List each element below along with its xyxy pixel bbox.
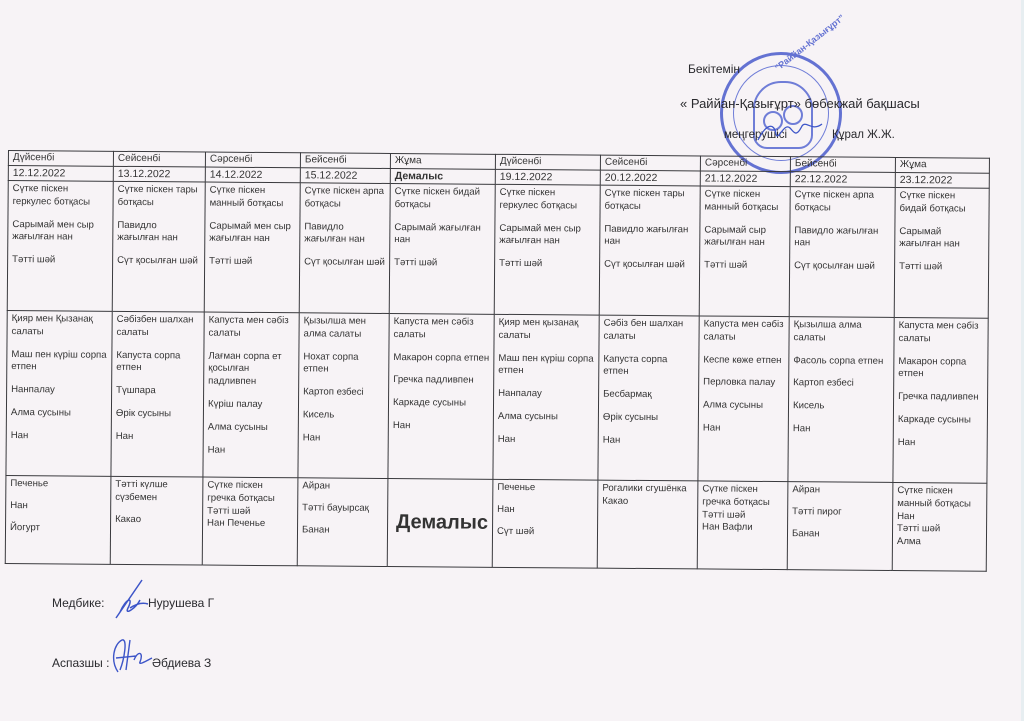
date-cell: 23.12.2022 [895,172,989,188]
menu-item: Капуста сорпа етпен [116,349,199,376]
menu-item: Банан [792,528,888,542]
menu-item: Перловка палау [703,377,784,391]
lunch-cell: Капуста мен сәбіз салатыМакарон сорпа ет… [893,317,988,483]
menu-item: Капуста мен сәбіз салаты [703,318,784,345]
breakfast-cell: Сүтке піскен манный ботқасыСарымай сыр ж… [699,186,790,317]
menu-item: Сүтке піскен арпа ботқасы [305,185,386,212]
breakfast-cell: Сүтке піскен бидай ботқасыСарымай жағылғ… [894,187,989,318]
menu-item: Банан [302,524,383,538]
menu-item: Нан [393,420,489,434]
menu-item: Сүт қосылған шәй [794,261,890,275]
menu-item: Нан [898,437,983,451]
lunch-cell: Капуста мен сәбіз салатыЛағман сорпа ет … [203,312,299,478]
menu-item: Нан [11,430,107,444]
menu-item: Капуста мен сәбіз салаты [394,316,490,343]
lunch-cell: Сәбіз бен шалхан салатыКапуста сорпа етп… [598,315,699,481]
menu-item: Сәбіз бен шалхан салаты [604,317,695,344]
menu-item: Нан [208,445,294,459]
menu-item: Макарон сорпа етпен [898,356,983,383]
menu-item: Каркаде сусыны [393,397,489,411]
menu-item: Сүтке піскен бидай ботқасы [900,190,985,217]
lunch-cell: Капуста мен сәбіз салатыМакарон сорпа ет… [388,313,494,479]
menu-item: Өрік сусыны [116,408,199,422]
lunch-cell: Қияр мен қызанақ салатыМаш пен күріш сор… [493,314,599,480]
menu-item: Алма [897,536,982,550]
menu-item: Нан [497,503,593,517]
lunch-cell: Қияр мен Қызанақ салатыМаш пен күріш сор… [6,310,112,476]
snack-cell: Сүтке піскен манный ботқасыНанТәтті шәйА… [892,482,987,571]
menu-item: Сүтке піскен манный ботқасы [210,184,296,211]
date-cell: 21.12.2022 [700,170,790,186]
menu-item: Павидло жағылған нан [117,219,200,246]
menu-item: Түшпара [116,385,199,399]
menu-item: Фасоль сорпа етпен [793,355,889,369]
holiday-cell: Демалыс [387,478,493,567]
menu-item: Тәтті күлше сүзбемен [115,479,198,506]
date-cell: 19.12.2022 [495,169,600,185]
lunch-cell: Капуста мен сәбіз салатыКеспе көже етпен… [698,316,789,482]
menu-item: Кисель [303,410,384,424]
menu-item: Айран [302,480,383,494]
cook-signature-icon [108,636,154,676]
menu-item: Тәтті бауырсақ [302,502,383,516]
date-cell: 20.12.2022 [600,170,700,186]
menu-item: Сарымай жағылған нан [394,222,490,249]
menu-item: Маш пен күріш сорпа етпен [11,349,107,376]
weekly-menu-table: ДүйсенбіСейсенбіСәрсенбіБейсенбіЖұмаДүйс… [5,150,990,571]
menu-item: Какао [602,495,693,509]
menu-item: Нан [603,435,694,449]
menu-item: Рогалики сгушёнка [602,482,693,496]
menu-item: Тәтті шәй [702,509,783,523]
menu-item: Нан [116,431,199,445]
menu-item: Павидло жағылған нан [304,221,385,248]
menu-item: Сарымай жағылған нан [899,226,984,253]
breakfast-cell: Сүтке піскен бидай ботқасыСарымай жағылғ… [389,183,495,314]
lunch-cell: Қызылша алма салатыФасоль сорпа етпенКар… [788,316,894,482]
organization-name: « Раййан-Қазығұрт» бөбекжай бақшасы [680,96,920,111]
menu-item: Сарымай мен сыр жағылған нан [12,219,108,246]
menu-item: Нан Печенье [207,518,293,532]
menu-item: Сүтке піскен манный ботқасы [897,485,982,512]
menu-item: Йогурт [10,522,106,536]
snack-row: ПеченьеНанЙогуртТәтті күлше сүзбеменКака… [5,475,987,571]
menu-item: Тәтті шәй [12,254,108,268]
menu-item: Сүт қосылған шәй [117,255,200,269]
menu-item: Сарымай сыр жағылған нан [704,224,785,251]
day-name-cell: Сейсенбі [113,151,205,166]
cook-label: Аспазшы : [52,656,109,670]
menu-item: Алма сусыны [208,422,294,436]
menu-item: Тәтті шәй [209,256,295,270]
day-name-cell: Жұма [390,154,495,169]
stamp-text: "Раййан-Қазығұрт" [773,13,846,73]
scanned-menu-page: "Раййан-Қазығұрт" Бекітемін « Раййан-Қаз… [0,0,1024,721]
menu-item: Сүтке піскен бидай ботқасы [395,186,491,213]
nurse-name: Нурушева Г [148,596,214,610]
menu-item: Сарымай мен сыр жағылған нан [499,222,595,249]
menu-item: Нан [498,434,594,448]
menu-item: Қияр мен Қызанақ салаты [12,313,108,340]
menu-item: Тәтті шәй [899,261,984,275]
menu-item: Сүтке піскен гречка ботқасы [702,483,783,510]
menu-item: Сүтке піскен арпа ботқасы [795,189,891,216]
menu-item: Нан [303,433,384,447]
menu-item: Кеспе көже етпен [703,354,784,368]
date-cell: 15.12.2022 [300,167,390,183]
menu-item: Капуста сорпа етпен [603,353,694,380]
head-name: Құрал Ж.Ж. [832,129,895,141]
day-name-cell: Дүйсенбі [495,154,600,169]
menu-item: Макарон сорпа етпен [393,352,489,366]
menu-item: Нан [793,424,889,438]
menu-item: Нанпалау [498,388,594,402]
menu-item: Тәтті шәй [207,505,293,519]
nurse-label: Медбике: [52,596,105,610]
breakfast-cell: Сүтке піскен манный ботқасыСарымай мен с… [204,182,300,313]
menu-item: Тәтті шәй [499,258,595,272]
day-name-cell: Сейсенбі [600,155,700,170]
lunch-cell: Қызылша мен алма салатыНохат сорпа етпен… [298,312,389,478]
cook-name: Әбдиева З [152,656,211,670]
menu-item: Бесбармақ [603,389,694,403]
menu-item: Сүтке піскен геркулес ботқасы [500,187,596,214]
menu-item: Павидло жағылған нан [604,223,695,250]
menu-item: Капуста мен сәбіз салаты [898,320,983,347]
menu-item: Сүтке піскен тары ботқасы [118,184,201,211]
breakfast-cell: Сүтке піскен арпа ботқасыПавидло жағылға… [789,186,895,317]
menu-item: Печенье [497,482,593,496]
snack-cell: АйранТәтті бауырсақБанан [297,477,388,566]
menu-item: Өрік сусыны [603,412,694,426]
menu-item: Лағман сорпа ет қосылған падливпен [208,350,294,389]
snack-cell: Рогалики сгушёнкаКакао [597,480,698,569]
day-name-cell: Сәрсенбі [700,156,790,171]
date-cell: 22.12.2022 [790,171,895,187]
menu-item: Сүтке піскен геркулес ботқасы [13,183,109,210]
menu-item: Картоп езбесі [793,378,889,392]
menu-item: Павидло жағылған нан [794,225,890,252]
holiday-label: Демалыс [390,168,495,184]
menu-item: Сарымай мен сыр жағылған нан [209,220,295,247]
menu-item: Маш пен күріш сорпа етпен [498,352,594,379]
breakfast-cell: Сүтке піскен геркулес ботқасыСарымай мен… [494,184,600,315]
breakfast-cell: Сүтке піскен тары ботқасыПавидло жағылға… [599,185,700,316]
menu-item: Тәтті шәй [897,523,982,537]
menu-item: Сәбізбен шалхан салаты [117,314,200,341]
menu-item: Қызылша алма салаты [793,319,889,346]
approval-block: "Раййан-Қазығұрт" Бекітемін « Раййан-Қаз… [0,0,1024,150]
lunch-row: Қияр мен Қызанақ салатыМаш пен күріш сор… [6,310,988,483]
snack-cell: Сүтке піскен гречка ботқасыТәтті шәйНан … [202,477,298,566]
snack-cell: ПеченьеНанСүт шәй [492,479,598,568]
menu-item: Тәтті пирог [792,506,888,520]
nurse-signature-icon [112,578,152,622]
menu-item: Күріш палау [208,399,294,413]
breakfast-cell: Сүтке піскен тары ботқасыПавидло жағылға… [112,181,205,312]
menu-item: Нан [10,500,106,514]
menu-item: Алма сусыны [703,400,784,414]
day-name-cell: Сәрсенбі [205,152,300,167]
menu-item: Нан Вафли [702,522,783,536]
menu-item: Гречка падливпен [393,375,489,389]
menu-item: Печенье [10,478,106,492]
menu-item: Гречка падливпен [898,391,983,405]
menu-item: Алма сусыны [11,407,107,421]
menu-item: Нанпалау [11,384,107,398]
breakfast-cell: Сүтке піскен арпа ботқасыПавидло жағылға… [299,182,390,313]
snack-cell: АйранТәтті пирогБанан [787,481,893,570]
day-name-cell: Бейсенбі [300,153,390,168]
date-cell: 14.12.2022 [205,167,300,183]
menu-item: Нан [703,423,784,437]
snack-cell: Тәтті күлше сүзбеменКакао [110,476,203,565]
menu-item: Сүтке піскен гречка ботқасы [207,479,293,506]
menu-item: Алма сусыны [498,411,594,425]
lunch-cell: Сәбізбен шалхан салатыКапуста сорпа етпе… [111,311,204,477]
breakfast-row: Сүтке піскен геркулес ботқасыСарымай мен… [7,180,989,318]
menu-item: Какао [115,513,198,527]
date-cell: 13.12.2022 [113,166,205,182]
menu-item: Капуста мен сәбіз салаты [209,314,295,341]
menu-item: Сүтке піскен манный ботқасы [705,188,786,215]
day-name-cell: Дүйсенбі [8,151,113,166]
menu-item: Каркаде сусыны [898,414,983,428]
menu-item: Айран [792,484,888,498]
menu-item: Қызылша мен алма салаты [304,315,385,342]
menu-item: Тәтті шәй [394,257,490,271]
snack-cell: Сүтке піскен гречка ботқасыТәтті шәйНан … [697,481,788,570]
menu-item: Сүт қосылған шәй [604,259,695,273]
menu-item: Кисель [793,401,889,415]
date-cell: 12.12.2022 [8,165,113,181]
menu-item: Нохат сорпа етпен [303,351,384,378]
menu-item: Қияр мен қызанақ салаты [499,317,595,344]
menu-item: Сүт қосылған шәй [304,257,385,271]
menu-item: Нан [897,511,982,525]
head-signature-icon [756,118,826,144]
day-name-cell: Бейсенбі [790,157,895,172]
menu-item: Тәтті шәй [704,260,785,274]
menu-item: Сүт шәй [497,525,593,539]
day-name-cell: Жұма [895,157,989,172]
menu-item: Сүтке піскен тары ботқасы [605,187,696,214]
snack-cell: ПеченьеНанЙогурт [5,475,111,564]
breakfast-cell: Сүтке піскен геркулес ботқасыСарымай мен… [7,180,113,311]
menu-item: Картоп езбесі [303,387,384,401]
approve-label: Бекітемін [688,62,740,76]
